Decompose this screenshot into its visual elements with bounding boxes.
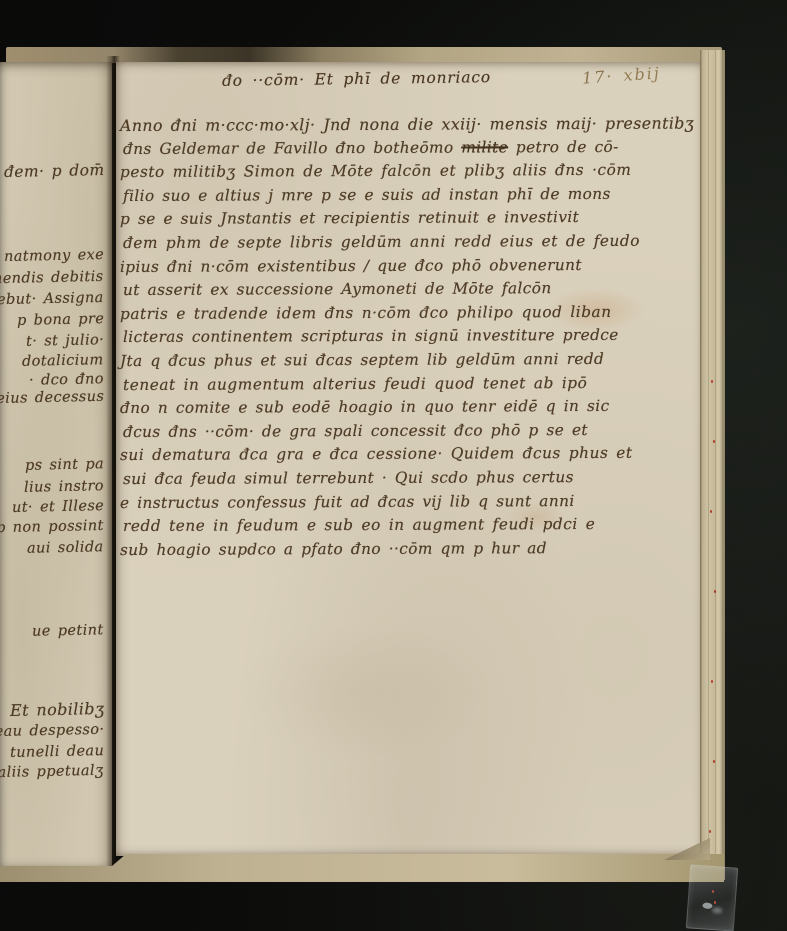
manuscript-line: e instructus confessus fuit ad đcas vij …	[120, 489, 696, 515]
line-text: petro de cō-	[508, 137, 619, 155]
marginal-line: natmony exe	[4, 247, 104, 265]
plastic-film-tab	[686, 864, 738, 931]
manuscript-line: đns Geldemar de Favillo đno botheōmo mil…	[123, 135, 696, 161]
manuscript-line: sui dematura đca gra e đca cessione· Qui…	[120, 442, 696, 468]
manuscript-line: sui đca feuda simul terrebunt · Qui scdo…	[123, 465, 696, 491]
manuscript-line: teneat in augmentum alterius feudi quod …	[123, 371, 696, 397]
marginal-line: Et nobilibʒ	[9, 699, 104, 720]
manuscript-line: đno n comite e sub eodē hoagio in quo te…	[120, 395, 696, 421]
manuscript-line: Anno đni m·ccc·mo·xlj· Jnd nona die xxii…	[120, 111, 696, 137]
marginal-line: ʒ aliis ppetualʒ	[0, 763, 104, 782]
manuscript-line: licteras continentem scripturas in signū…	[123, 324, 696, 350]
folio-number: 17·xbij	[581, 63, 661, 87]
manuscript-line: patris e tradende idem đns n·cōm đco phi…	[120, 300, 696, 326]
line-text: đns Geldemar de Favillo đno botheōmo	[123, 138, 461, 157]
red-edge-marks	[711, 380, 713, 383]
manuscript-line: pesto militibʒ Simon de Mōte falcōn et p…	[120, 159, 696, 185]
marginal-line: p bona pre	[17, 311, 105, 329]
marginal-line: nendis debitis	[0, 269, 104, 287]
folio-modern: 17·	[581, 67, 614, 88]
manuscript-line: đcus đns ··cōm· de gra spali concessit đ…	[123, 418, 696, 444]
manuscript-photo: đem· p dom̄ natmony exe nendis debitis e…	[0, 0, 787, 931]
recto-page: đo ··cōm· Et phī de monriaco 17·xbij Ann…	[116, 62, 702, 856]
manuscript-line: sub hoagio supdco a pfato đno ··cōm qm p…	[120, 536, 696, 562]
film-glint	[702, 902, 712, 909]
page-heading: đo ··cōm· Et phī de monriaco	[222, 68, 491, 90]
manuscript-line: ipius đni n·cōm existentibus / que đco p…	[120, 253, 696, 279]
marginal-line: ps sint pa	[25, 456, 104, 474]
marginal-line: dotalicium	[22, 352, 104, 370]
marginal-line: p non possint	[0, 518, 104, 536]
marginal-line: t eius decessus	[0, 389, 104, 408]
marginal-line: aui solida	[27, 539, 104, 557]
manuscript-line: filio suo e altius j mre p se e suis ad …	[123, 182, 696, 208]
text-block: Anno đni m·ccc·mo·xlj· Jnd nona die xxii…	[120, 114, 696, 562]
marginal-line: đem· p dom̄	[3, 161, 104, 181]
marginal-line: tunelli deau	[10, 743, 105, 761]
manuscript-line: redd tene in feudum e sub eo in augment …	[123, 513, 696, 539]
marginal-line: ut· et Illese	[12, 498, 105, 516]
marginal-line: deau despesso·	[0, 722, 104, 740]
fore-edge-pages	[700, 50, 725, 880]
marginal-line: · dco đno	[29, 371, 104, 389]
folio-old: xbij	[623, 63, 662, 85]
parchment-stain	[236, 622, 496, 762]
manuscript-line: p se e suis Jnstantis et recipientis ret…	[120, 206, 696, 232]
struck-word: milite	[461, 138, 508, 156]
marginal-line: ue petint	[32, 622, 104, 639]
manuscript-line: đem phm de septe libris geldūm anni redd…	[123, 229, 696, 255]
manuscript-line: Jta q đcus phus et sui đcas septem lib g…	[120, 347, 696, 373]
marginal-line: t· st julio·	[26, 332, 104, 350]
marginal-line: lius instro	[24, 478, 104, 496]
manuscript-line: ut asserit ex successione Aymoneti de Mō…	[123, 277, 696, 303]
left-page: đem· p dom̄ natmony exe nendis debitis e…	[0, 62, 112, 866]
marginal-line: ebut· Assigna	[0, 290, 104, 308]
